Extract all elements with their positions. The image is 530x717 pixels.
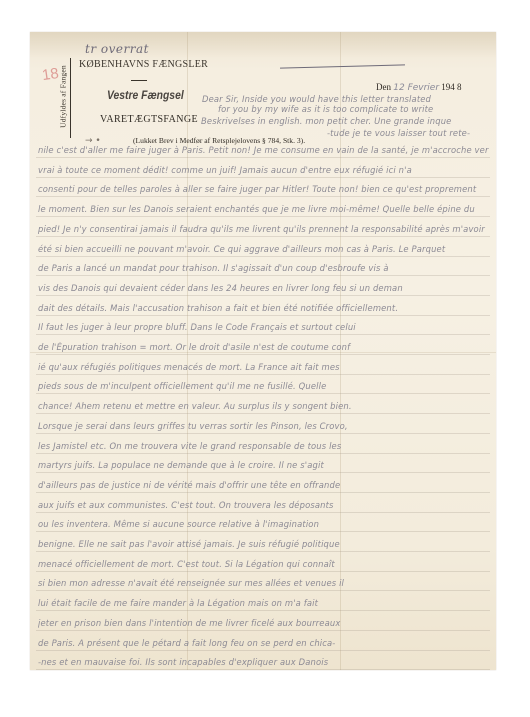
- ruled-line: [36, 413, 490, 414]
- ruled-line: [36, 393, 490, 394]
- body-line: consenti pour de telles paroles à aller …: [38, 184, 490, 194]
- ruled-line: [36, 610, 490, 611]
- ruled-line: [36, 630, 490, 631]
- ruled-line: [36, 669, 490, 670]
- ruled-line: [36, 334, 490, 335]
- ruled-line: [36, 354, 490, 355]
- header-line: Beskrivelses in english. mon petit cher.…: [201, 116, 490, 126]
- body-line: -nes et en mauvaise foi. Ils sont incapa…: [38, 657, 490, 667]
- closed-letter-notice: (Lukket Brev i Medfør af Retsplejelovens…: [133, 136, 305, 145]
- body-line: vrai à toute ce moment dédit! comme un j…: [38, 165, 490, 175]
- body-line: nile c'est d'aller me faire juger à Pari…: [38, 145, 490, 155]
- ruled-line: [36, 157, 490, 158]
- body-line: ié qu'aux réfugiés politiques menacés de…: [38, 362, 490, 372]
- letter-page: tr overrat 18 Udfyldes af Fangen KØBENHA…: [30, 32, 496, 670]
- ruled-line: [36, 177, 490, 178]
- letterhead-institution: KØBENHAVNS FÆNGSLER: [79, 59, 208, 70]
- ruled-line: [36, 571, 490, 572]
- body-line: jeter en prison bien dans l'intention de…: [38, 618, 490, 628]
- date-line: Den 12 Fevrier 194 8: [376, 82, 462, 93]
- body-line: si bien mon adresse n'avait été renseign…: [38, 578, 490, 588]
- body-line: le moment. Bien sur les Danois seraient …: [38, 204, 490, 214]
- fold-line: [30, 352, 496, 353]
- header-line: for you by my wife as it is too complica…: [218, 104, 490, 114]
- ruled-line: [36, 512, 490, 513]
- date-year: 194 8: [441, 82, 461, 92]
- ruled-line: [36, 295, 490, 296]
- body-line: Lorsque je serai dans leurs griffes tu v…: [38, 421, 490, 431]
- annotation-underline: [280, 64, 405, 68]
- ruled-line: [36, 551, 490, 552]
- ruled-line: [36, 492, 490, 493]
- header-line: Dear Sir, Inside you would have this let…: [202, 94, 490, 104]
- ruled-line: [36, 315, 490, 316]
- body-line: aux juifs et aux communistes. C'est tout…: [38, 500, 490, 510]
- body-line: les Jamistel etc. On me trouvera vite le…: [38, 441, 490, 451]
- handwritten-annotation: tr overrat: [85, 42, 149, 56]
- body-line: été si bien accueilli ne pouvant m'avoir…: [38, 244, 490, 254]
- body-line: ou les inventera. Même si aucune source …: [38, 519, 490, 529]
- ruled-line: [36, 256, 490, 257]
- ruled-line: [36, 650, 490, 651]
- body-line: Il faut les juger à leur propre bluff. D…: [38, 322, 490, 332]
- ruled-line: [36, 374, 490, 375]
- body-line: pieds sous de m'inculpent officiellement…: [38, 381, 490, 391]
- body-line: benigne. Elle ne sait pas l'avoir attisé…: [38, 539, 490, 549]
- body-line: dait des détails. Mais l'accusation trah…: [38, 303, 490, 313]
- body-line: d'ailleurs pas de justice ni de vérité m…: [38, 480, 490, 490]
- ruled-line: [36, 236, 490, 237]
- ruled-line: [36, 472, 490, 473]
- body-line: martyrs juifs. La populace ne demande qu…: [38, 460, 490, 470]
- letterhead-rule: [131, 80, 147, 81]
- body-line: chance! Ahem retenu et mettre en valeur.…: [38, 401, 490, 411]
- ruled-line: [36, 275, 490, 276]
- date-handwritten: 12 Fevrier: [393, 83, 439, 93]
- body-line: menacé officiellement de mort. C'est tou…: [38, 559, 490, 569]
- body-line: de Paris a lancé un mandat pour trahison…: [38, 263, 490, 273]
- margin-label: Udfyldes af Fangen: [56, 58, 71, 138]
- ruled-line: [36, 531, 490, 532]
- body-line: pied! Je n'y consentirai jamais il faudr…: [38, 224, 490, 234]
- prisoner-category: VARETÆGTSFANGE: [100, 114, 198, 125]
- ruled-line: [36, 196, 490, 197]
- date-prefix: Den: [376, 82, 391, 92]
- body-line: de l'Épuration trahison = mort. Or le dr…: [38, 342, 490, 352]
- body-line: de Paris. A présent que le pétard a fait…: [38, 638, 490, 648]
- margin-label-text: Udfyldes af Fangen: [59, 56, 68, 138]
- header-line: -tude je te vous laisser tout rete-: [327, 128, 490, 138]
- ruled-line: [36, 453, 490, 454]
- body-line: lui était facile de me faire mander à la…: [38, 598, 490, 608]
- ruled-line: [36, 433, 490, 434]
- ruled-line: [36, 216, 490, 217]
- body-line: vis des Danois qui devaient céder dans l…: [38, 283, 490, 293]
- prison-stamp: Vestre Fængsel: [107, 90, 184, 102]
- ruled-line: [36, 590, 490, 591]
